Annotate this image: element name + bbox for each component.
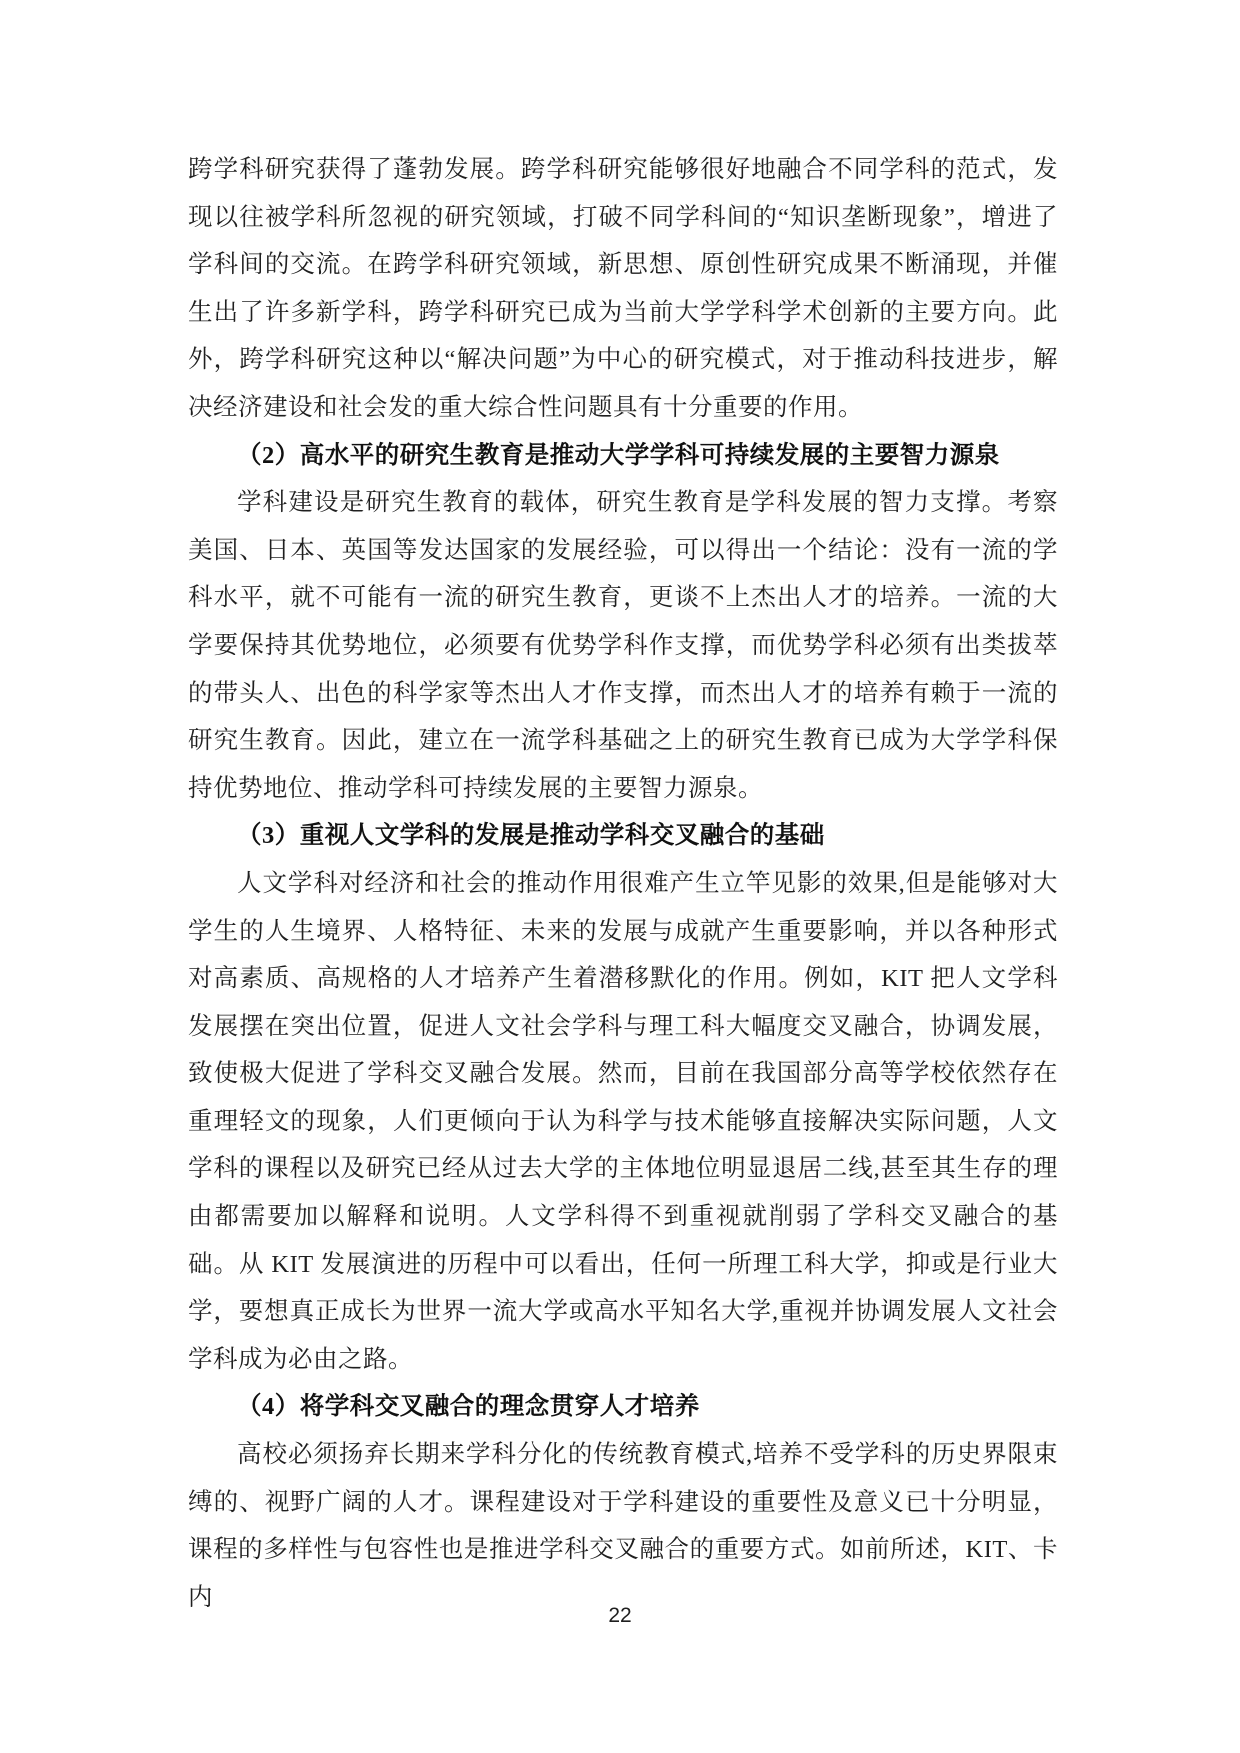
heading-graduate-education: （2）高水平的研究生教育是推动大学学科可持续发展的主要智力源泉 [188,432,1058,480]
document-body: 跨学科研究获得了蓬勃发展。跨学科研究能够很好地融合不同学科的范式，发现以往被学科… [188,146,1058,1621]
document-page: 跨学科研究获得了蓬勃发展。跨学科研究能够很好地融合不同学科的范式，发现以往被学科… [0,0,1240,1753]
paragraph-interdisciplinary-research: 跨学科研究获得了蓬勃发展。跨学科研究能够很好地融合不同学科的范式，发现以往被学科… [188,146,1058,432]
paragraph-graduate-education: 学科建设是研究生教育的载体，研究生教育是学科发展的智力支撑。考察美国、日本、英国… [188,479,1058,812]
heading-humanities-development: （3）重视人文学科的发展是推动学科交叉融合的基础 [188,812,1058,860]
paragraph-talent-cultivation: 高校必须扬弃长期来学科分化的传统教育模式,培养不受学科的历史界限束缚的、视野广阔… [188,1431,1058,1621]
page-number: 22 [0,1603,1240,1629]
heading-talent-cultivation: （4）将学科交叉融合的理念贯穿人才培养 [188,1383,1058,1431]
paragraph-humanities-development: 人文学科对经济和社会的推动作用很难产生立竿见影的效果,但是能够对大学生的人生境界… [188,860,1058,1384]
